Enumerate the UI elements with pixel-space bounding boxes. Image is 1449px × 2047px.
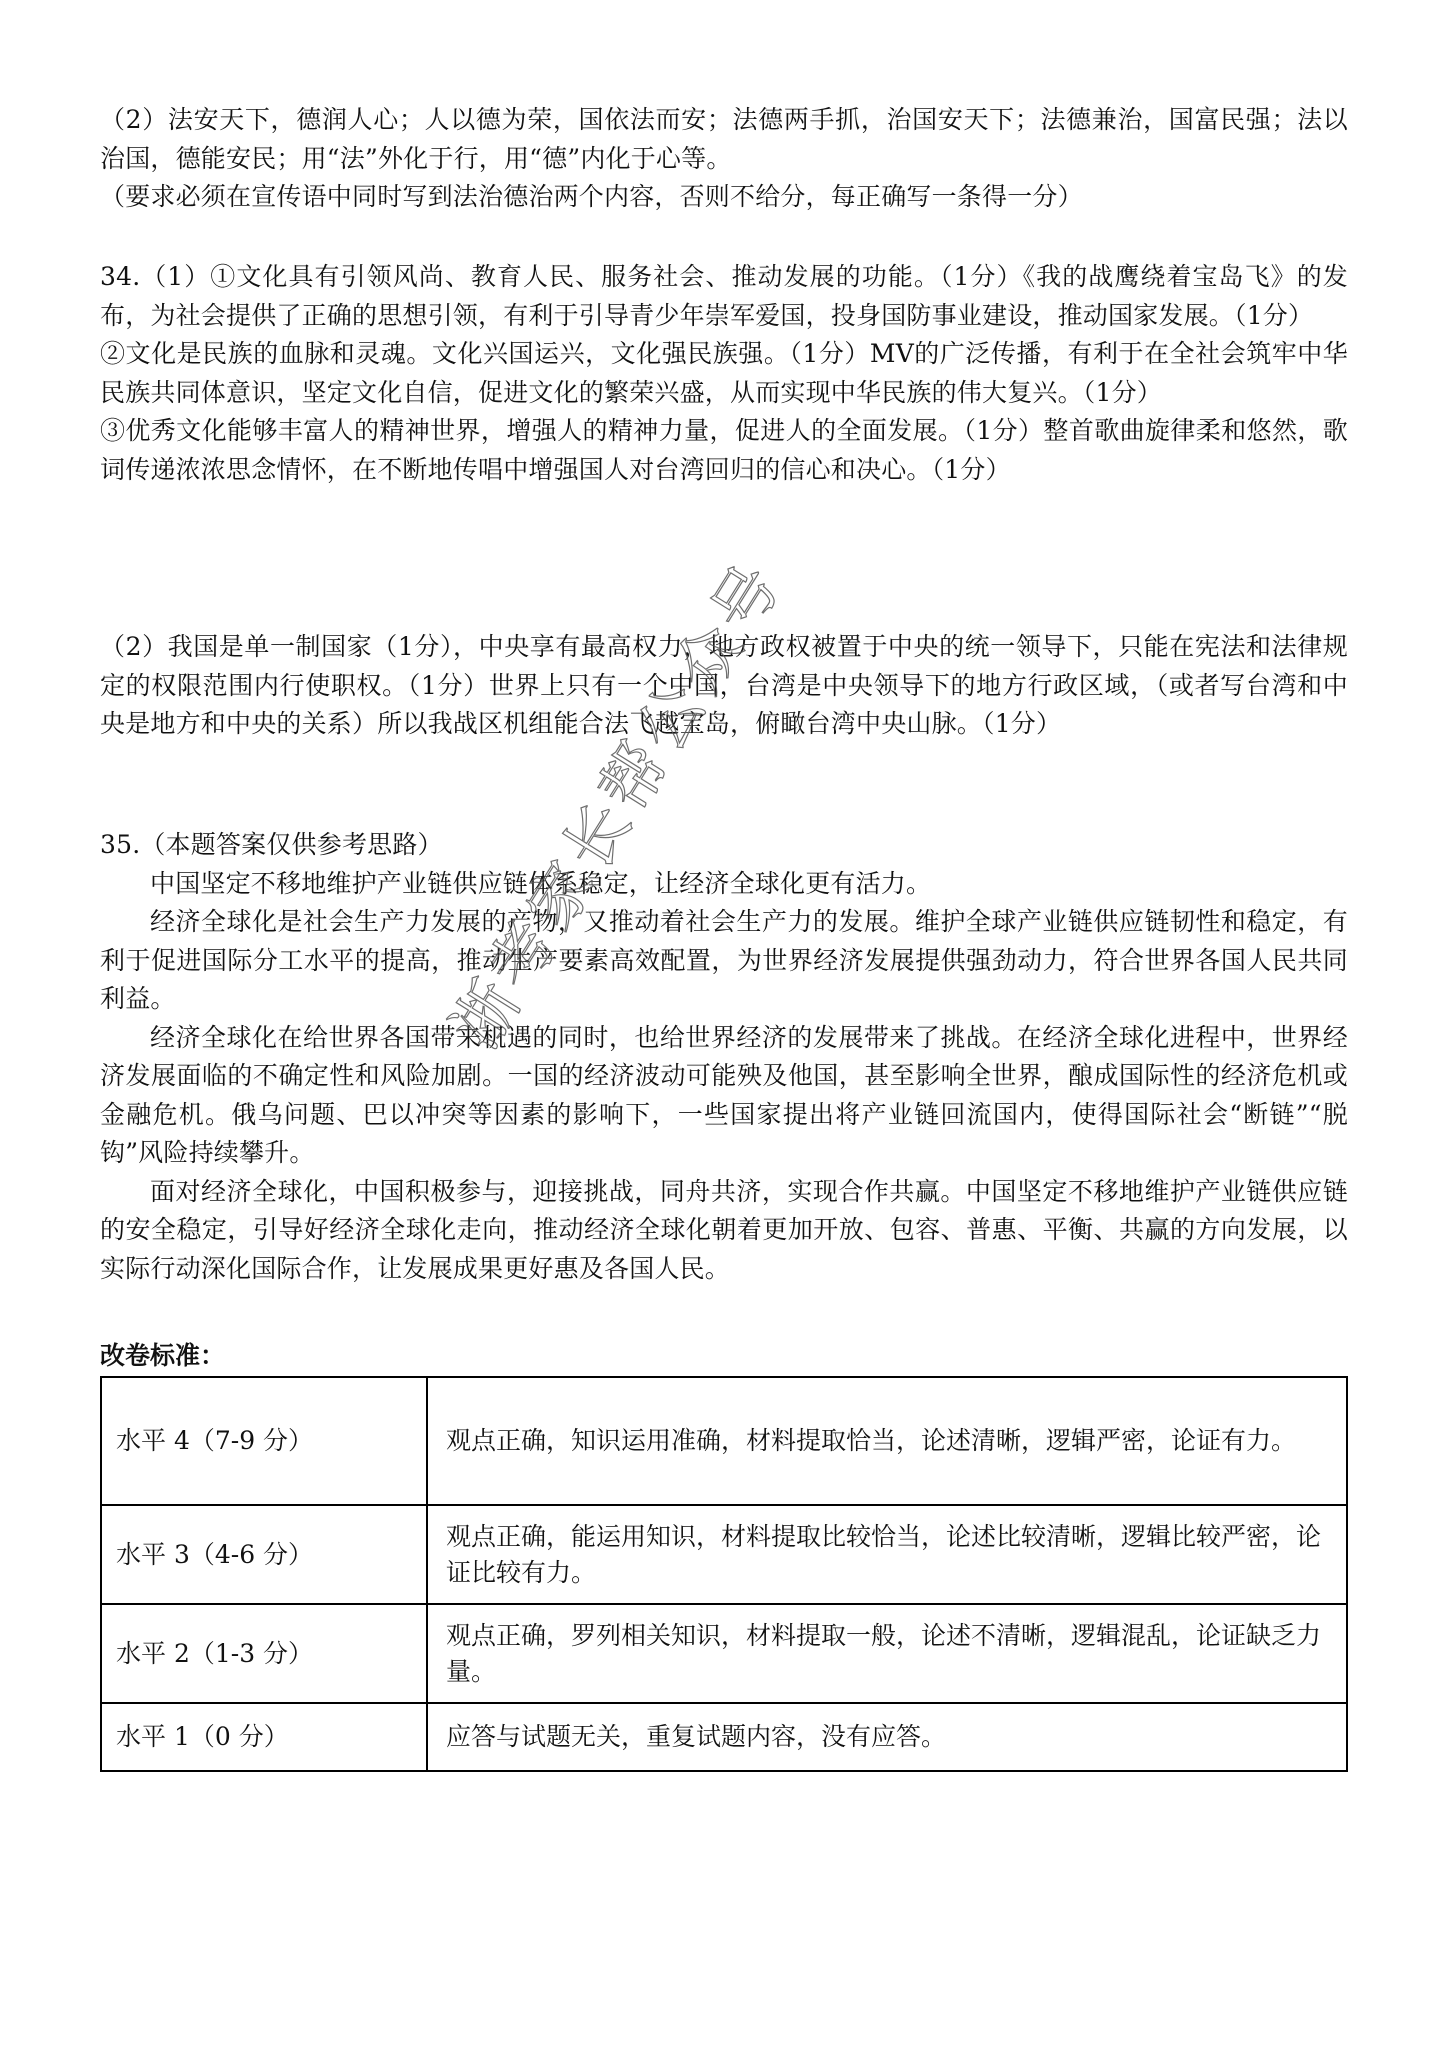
rubric-row: 水平 3（4-6 分） 观点正确，能运用知识，材料提取比较恰当，论述比较清晰，逻…	[101, 1505, 1347, 1604]
q35-paragraph-3: 经济全球化在给世界各国带来机遇的同时，也给世界经济的发展带来了挑战。在经济全球化…	[100, 1019, 1348, 1173]
rubric-description: 观点正确，能运用知识，材料提取比较恰当，论述比较清晰，逻辑比较严密，论证比较有力…	[427, 1505, 1347, 1604]
q35-paragraph-4: 面对经济全球化，中国积极参与，迎接挑战，同舟共济，实现合作共赢。中国坚定不移地维…	[100, 1173, 1348, 1289]
rubric-level: 水平 4（7-9 分）	[101, 1377, 427, 1505]
rubric-description: 观点正确，罗列相关知识，材料提取一般，论述不清晰，逻辑混乱，论证缺乏力量。	[427, 1604, 1347, 1703]
q35-paragraph-2: 经济全球化是社会生产力发展的产物，又推动着社会生产力的发展。维护全球产业链供应链…	[100, 903, 1348, 1019]
rubric-description: 应答与试题无关，重复试题内容，没有应答。	[427, 1703, 1347, 1771]
rubric-row: 水平 4（7-9 分） 观点正确，知识运用准确，材料提取恰当，论述清晰，逻辑严密…	[101, 1377, 1347, 1505]
q34-part1-point-1: 34.（1）①文化具有引领风尚、教育人民、服务社会、推动发展的功能。（1分）《我…	[100, 258, 1348, 335]
rubric-level: 水平 2（1-3 分）	[101, 1604, 427, 1703]
q35-title: 35.（本题答案仅供参考思路）	[100, 826, 1348, 865]
q33-part2-section: （2）法安天下，德润人心；人以德为荣，国依法而安；法德两手抓，治国安天下；法德兼…	[100, 101, 1348, 217]
rubric-row: 水平 1（0 分） 应答与试题无关，重复试题内容，没有应答。	[101, 1703, 1347, 1771]
q34-part2-section: （2）我国是单一制国家（1分），中央享有最高权力，地方政权被置于中央的统一领导下…	[100, 628, 1348, 744]
rubric-level: 水平 3（4-6 分）	[101, 1505, 427, 1604]
q35-section: 35.（本题答案仅供参考思路） 中国坚定不移地维护产业链供应链体系稳定，让经济全…	[100, 826, 1348, 1288]
q35-paragraph-1: 中国坚定不移地维护产业链供应链体系稳定，让经济全球化更有活力。	[100, 865, 1348, 904]
q34-part1-point-2: ②文化是民族的血脉和灵魂。文化兴国运兴，文化强民族强。（1分）MV的广泛传播，有…	[100, 335, 1348, 412]
q34-part2-answer: （2）我国是单一制国家（1分），中央享有最高权力，地方政权被置于中央的统一领导下…	[100, 628, 1348, 744]
q33-part2-answer: （2）法安天下，德润人心；人以德为荣，国依法而安；法德两手抓，治国安天下；法德兼…	[100, 101, 1348, 178]
q34-part1-point-3: ③优秀文化能够丰富人的精神世界，增强人的精神力量，促进人的全面发展。（1分）整首…	[100, 412, 1348, 489]
rubric-level: 水平 1（0 分）	[101, 1703, 427, 1771]
rubric-row: 水平 2（1-3 分） 观点正确，罗列相关知识，材料提取一般，论述不清晰，逻辑混…	[101, 1604, 1347, 1703]
rubric-heading: 改卷标准：	[100, 1337, 225, 1375]
q33-part2-note: （要求必须在宣传语中同时写到法治德治两个内容，否则不给分，每正确写一条得一分）	[100, 178, 1348, 217]
rubric-table: 水平 4（7-9 分） 观点正确，知识运用准确，材料提取恰当，论述清晰，逻辑严密…	[100, 1376, 1348, 1772]
q34-part1-section: 34.（1）①文化具有引领风尚、教育人民、服务社会、推动发展的功能。（1分）《我…	[100, 258, 1348, 489]
rubric-description: 观点正确，知识运用准确，材料提取恰当，论述清晰，逻辑严密，论证有力。	[427, 1377, 1347, 1505]
